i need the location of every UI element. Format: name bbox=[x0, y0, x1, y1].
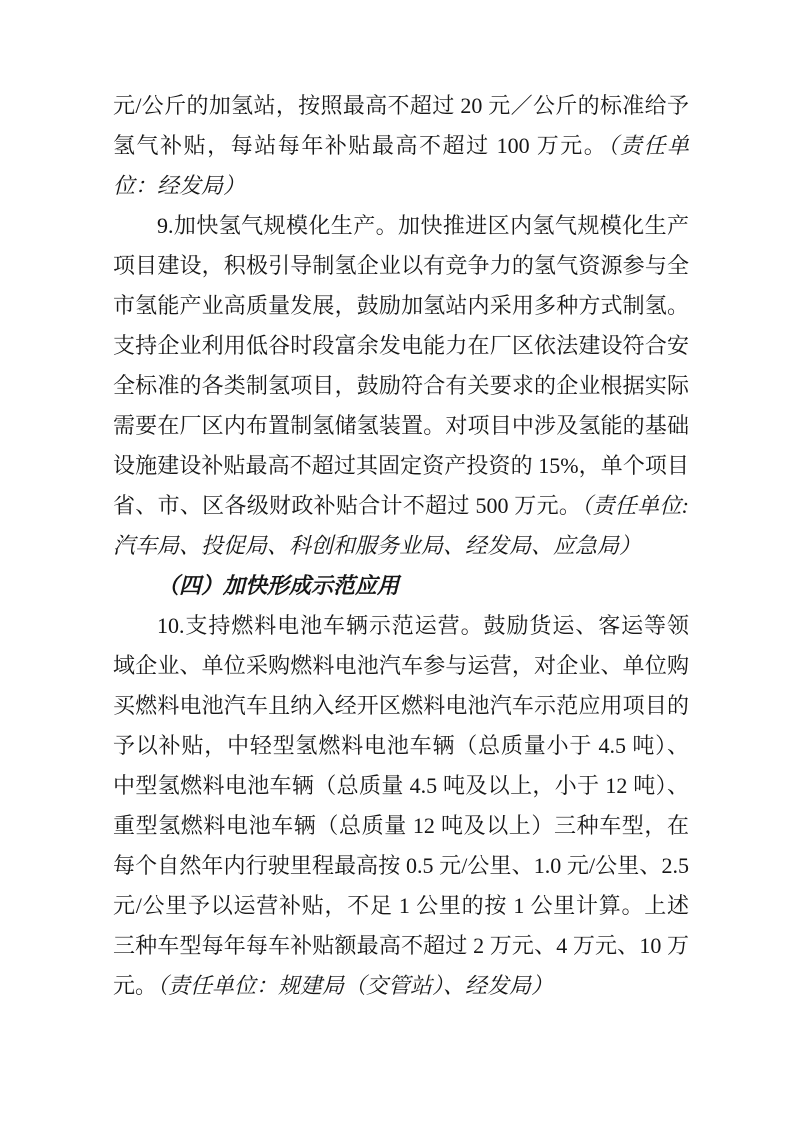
para-item-10-fuel-cell-vehicle-demo-operation: 10.支持燃料电池车辆示范运营。鼓励货运、客运等领域企业、单位采购燃料电池汽车参… bbox=[113, 606, 689, 1006]
body-text: 10.支持燃料电池车辆示范运营。鼓励货运、客运等领域企业、单位采购燃料电池汽车参… bbox=[113, 613, 689, 998]
responsible-unit-text: （责任单位：规建局（交管站）、经发局） bbox=[157, 973, 553, 998]
section-heading-text: （四）加快形成示范应用 bbox=[157, 573, 399, 598]
body-text: 元/公斤的加氢站，按照最高不超过 20 元／公斤的标准给予氢气补贴，每站每年补贴… bbox=[113, 93, 689, 158]
para-item-9-hydrogen-scale-production: 9.加快氢气规模化生产。加快推进区内氢气规模化生产项目建设，积极引导制氢企业以有… bbox=[113, 206, 689, 566]
document-body: 元/公斤的加氢站，按照最高不超过 20 元／公斤的标准给予氢气补贴，每站每年补贴… bbox=[113, 86, 689, 1006]
heading-section-4-demonstration-application: （四）加快形成示范应用 bbox=[113, 566, 689, 606]
body-text: 9.加快氢气规模化生产。加快推进区内氢气规模化生产项目建设，积极引导制氢企业以有… bbox=[113, 213, 689, 518]
document-page: 元/公斤的加氢站，按照最高不超过 20 元／公斤的标准给予氢气补贴，每站每年补贴… bbox=[0, 0, 793, 1122]
para-hydrogen-station-subsidy-continued: 元/公斤的加氢站，按照最高不超过 20 元／公斤的标准给予氢气补贴，每站每年补贴… bbox=[113, 86, 689, 206]
